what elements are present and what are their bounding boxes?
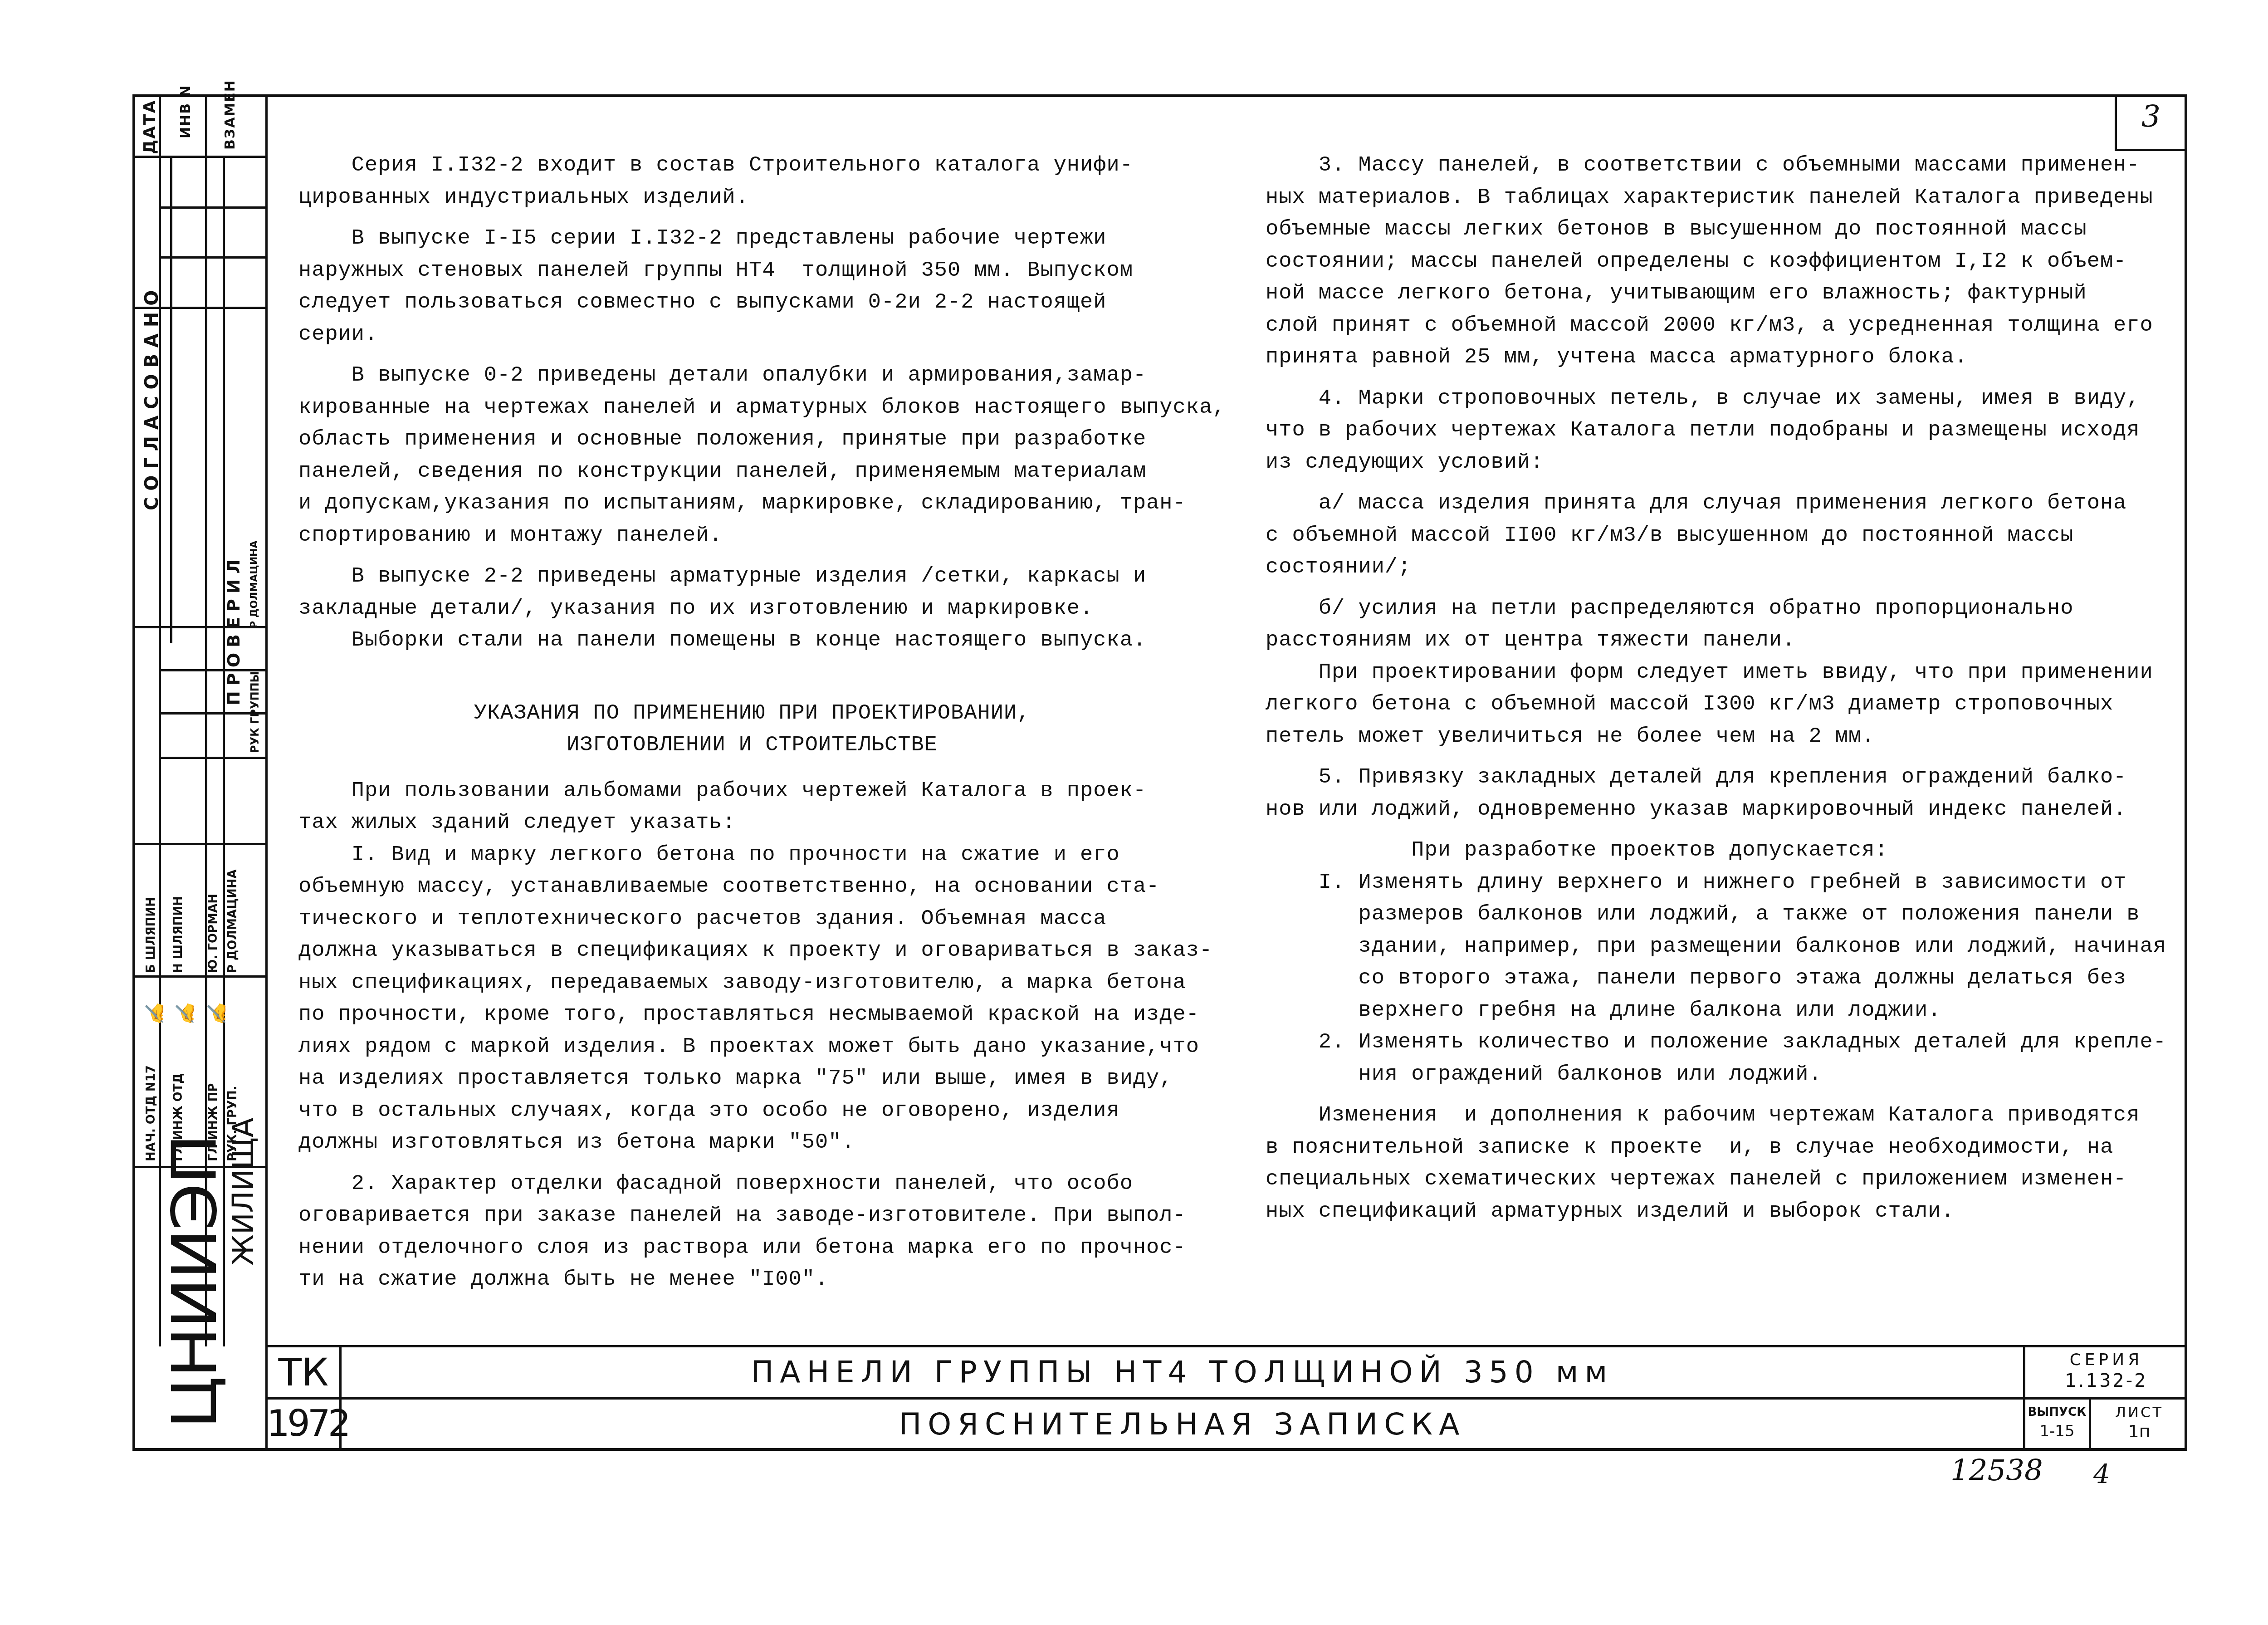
stamp-role-1: НАЧ. ОТД N17 (144, 1065, 158, 1161)
section-heading: УКАЗАНИЯ ПО ПРИМЕНЕНИЮ ПРИ ПРОЕКТИРОВАНИ… (298, 698, 1206, 762)
para-5: 5. Привязку закладных деталей для крепле… (1266, 762, 2166, 826)
signature-1: ✍ (144, 1003, 166, 1025)
stamp-proveril: ПРОВЕРИЛ (224, 554, 244, 705)
signature-2: ✍ (175, 1003, 196, 1025)
para-3: 3. Массу панелей, в соответствии с объем… (1266, 150, 2166, 374)
stamp-replace-label: ВЗАМЕН (222, 79, 238, 150)
series-value: 1.132-2 (2025, 1370, 2187, 1392)
para-issue-2-2: В выпуске 2-2 приведены арматурные издел… (298, 561, 1226, 657)
stamp-name-4: Р ДОЛМАЦИНА (226, 869, 240, 973)
stamp-name-2: Н ШЛЯПИН (171, 896, 185, 973)
sheet-value: 1п (2091, 1422, 2187, 1440)
para-finish: 2. Характер отделки фасадной поверхности… (298, 1168, 1226, 1296)
para-4a: а/ масса изделия принята для случая прим… (1266, 488, 2166, 584)
para-issue: В выпуске I-I5 серии I.I32-2 представлен… (298, 223, 1226, 351)
para-4: 4. Марки строповочных петель, в случае и… (1266, 383, 2166, 479)
para-allowed-2: 2. Изменять количество и положение закла… (1266, 1027, 2166, 1091)
para-allowed: При разработке проектов допускается: I. … (1266, 835, 2166, 1027)
para-4b: б/ усилия на петли распределяются обратн… (1266, 593, 2166, 753)
inventory-number: 12538 (1950, 1454, 2043, 1488)
issue-value: 1-15 (2025, 1422, 2089, 1440)
issue-label: ВЫПУСК (2025, 1403, 2089, 1421)
para-usage: При пользовании альбомами рабочих чертеж… (298, 775, 1226, 1159)
para-changes: Изменения и дополнения к рабочим чертежа… (1266, 1100, 2166, 1228)
page-mark: 4 (2093, 1459, 2110, 1489)
sheet-label: ЛИСТ (2091, 1403, 2187, 1421)
stamp-soglasovano: СОГЛАСОВАНО (142, 284, 162, 510)
stamp-inv-label: ИНВ N (178, 84, 194, 138)
signature-3: ✍ (206, 1003, 228, 1025)
right-text-column: 3. Массу панелей, в соответствии с объем… (1266, 150, 2166, 1228)
para-issue-0-2: В выпуске 0-2 приведены детали опалубки … (298, 360, 1226, 552)
stamp-proveril-name: Р ДОЛМАЦИНА (249, 540, 260, 628)
stamp-proveril-role: РУК ГРУППЫ (249, 671, 261, 754)
organization-sub: ЖИЛИЩА (227, 1117, 260, 1266)
series-label: СЕРИЯ (2025, 1351, 2187, 1369)
title-code: ТК (268, 1350, 339, 1395)
stamp-name-1: Б ШЛЯПИН (144, 897, 158, 973)
stamp-date-label: ДАТА (141, 100, 159, 154)
title-year: 1972 (267, 1401, 340, 1446)
organization-main: ЦНИИЭП (160, 1136, 231, 1429)
drawing-title: ПАНЕЛИ ГРУППЫ НТ4 ТОЛЩИНОЙ 350 мм (342, 1354, 2023, 1390)
stamp-name-3: Ю. ГОРМАН (206, 894, 220, 973)
page-number: 3 (2115, 99, 2187, 134)
para-intro: Серия I.I32-2 входит в состав Строительн… (298, 150, 1226, 214)
left-text-column: Серия I.I32-2 входит в состав Строительн… (298, 150, 1226, 1296)
drawing-subtitle: ПОЯСНИТЕЛЬНАЯ ЗАПИСКА (342, 1406, 2023, 1443)
